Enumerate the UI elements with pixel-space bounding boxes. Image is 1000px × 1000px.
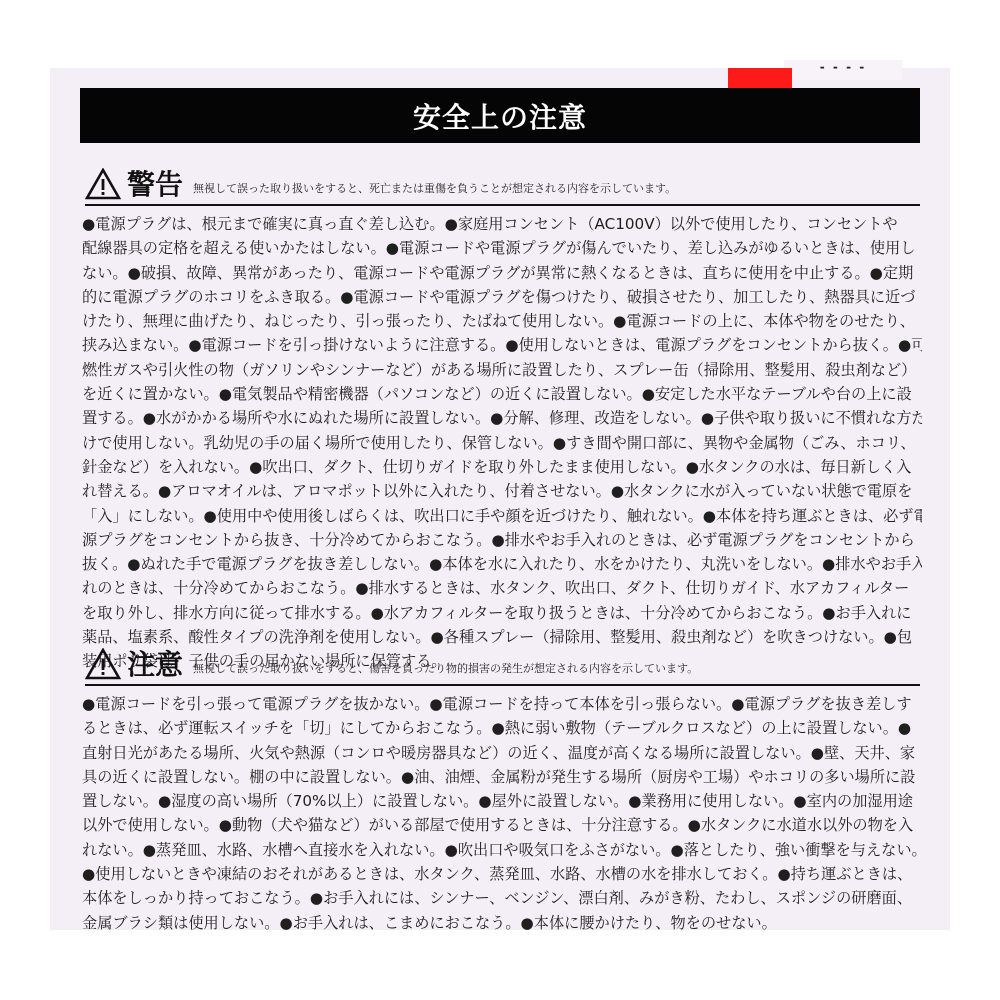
warning-line: ない。●破損、故障、異常があったり、電源コードや電源プラグが異常に熱くなるときは…: [82, 261, 922, 285]
caution-line: 直射日光があたる場所、火気や熱源（コンロや暖房器具など）の近く、温度が高くなる場…: [82, 741, 922, 765]
caution-line: 具の近くに設置しない。棚の中に設置しない。●油、油煙、金属粉が発生する場所（厨房…: [82, 765, 922, 789]
caution-line: 以外で使用しない。●動物（犬や猫など）がいる部屋で使用するときは、十分注意する。…: [82, 813, 922, 837]
warning-line: 「入」にしない。●使用中や使用後しばらくは、吹出口に手や顔を近づけたり、触れない…: [82, 504, 922, 528]
caution-line: 置しない。●湿度の高い場所（70%以上）に設置しない。●屋外に設置しない。●業務…: [82, 789, 922, 813]
warning-line: 的に電源プラグのホコリをふき取る。●電源コードや電源プラグを傷つけたり、破損させ…: [82, 285, 922, 309]
warning-line: けたり、無理に曲げたり、ねじったり、引っ張ったり、たばねて使用しない。●電源コー…: [82, 309, 922, 333]
warning-line: を近くに置かない。●電気製品や精密機器（パソコンなど）の近くに設置しない。●安定…: [82, 382, 922, 406]
warning-line: けで使用しない。乳幼児の手の届く場所で使用したり、保管しない。●すき間や開口部に…: [82, 431, 922, 455]
warning-line: れ替える。●アロマオイルは、アロマポット以外に入れたり、付着させない。●水タンク…: [82, 479, 922, 503]
warning-line: 挟み込まない。●電源コードを引っ掛けないように注意する。●使用しないときは、電源…: [82, 333, 922, 357]
caution-line: ●使用しないときや凍結のおそれがあるときは、水タンク、蒸発皿、水路、水槽の水を排…: [82, 862, 922, 886]
caution-line: るときは、必ず運転スイッチを「切」にしてからおこなう。●熱に弱い敷物（テーブルク…: [82, 716, 922, 740]
warning-body: ●電源プラグは、根元まで確実に真っ直ぐ差し込む。●家庭用コンセント（AC100V…: [82, 212, 922, 674]
warning-label: 警告: [127, 170, 183, 200]
caution-line: 本体をしっかり持っておこなう。●お手入れには、シンナー、ベンジン、漂白剤、みがき…: [82, 886, 922, 910]
title-banner: 安全上の注意: [80, 88, 920, 143]
warning-line: 燃性ガスや引火性の物（ガソリンやシンナーなど）がある場所に設置したり、スプレー缶…: [82, 358, 922, 382]
warning-description: 無視して誤った取り扱いをすると、死亡または重傷を負うことが想定される内容を示して…: [193, 182, 676, 200]
warning-triangle-icon: [85, 168, 121, 200]
corner-label: - - - -: [784, 60, 902, 80]
warning-triangle-icon: [85, 648, 121, 680]
warning-line: 源プラグをコンセントから抜き、十分冷めてからおこなう。●排水やお手入れのときは、…: [82, 528, 922, 552]
caution-line: れない。●蒸発皿、水路、水槽へ直接水を入れない。●吹出口や吸気口をふさがない。●…: [82, 838, 922, 862]
warning-header: 警告 無視して誤った取り扱いをすると、死亡または重傷を負うことが想定される内容を…: [85, 160, 920, 206]
warning-line: 針金など）を入れない。●吹出口、ダクト、仕切りガイドを取り外したまま使用しない。…: [82, 455, 922, 479]
caution-label: 注意: [127, 650, 183, 680]
caution-line: 金属ブラシ類は使用しない。●お手入れは、こまめにおこなう。●本体に腰かけたり、物…: [82, 911, 922, 935]
caution-line: ●電源コードを引っ張って電源プラグを抜かない。●電源コードを持って本体を引っ張ら…: [82, 692, 922, 716]
warning-line: れのときは、十分冷めてからおこなう。●排水するときは、水タンク、吹出口、ダクト、…: [82, 576, 922, 600]
caution-header: 注意 無視して誤った取り扱いをすると、傷害を負ったり物的損害の発生が想定される内…: [85, 640, 920, 686]
warning-line: を取り外し、排水方向に従って排水する。●水アカフィルターを取り扱うときは、十分冷…: [82, 601, 922, 625]
caution-body: ●電源コードを引っ張って電源プラグを抜かない。●電源コードを持って本体を引っ張ら…: [82, 692, 922, 935]
warning-line: 配線器具の定格を超える使いかたはしない。●電源コードや電源プラグが傷んでいたり、…: [82, 236, 922, 260]
warning-line: 抜く。●ぬれた手で電源プラグを抜き差ししない。●本体を水に入れたり、水をかけたり…: [82, 552, 922, 576]
warning-line: ●電源プラグは、根元まで確実に真っ直ぐ差し込む。●家庭用コンセント（AC100V…: [82, 212, 922, 236]
page-title: 安全上の注意: [413, 96, 587, 136]
caution-description: 無視して誤った取り扱いをすると、傷害を負ったり物的損害の発生が想定される内容を示…: [193, 662, 698, 680]
warning-line: 置する。●水がかかる場所や水にぬれた場所に設置しない。●分解、修理、改造をしない…: [82, 406, 922, 430]
